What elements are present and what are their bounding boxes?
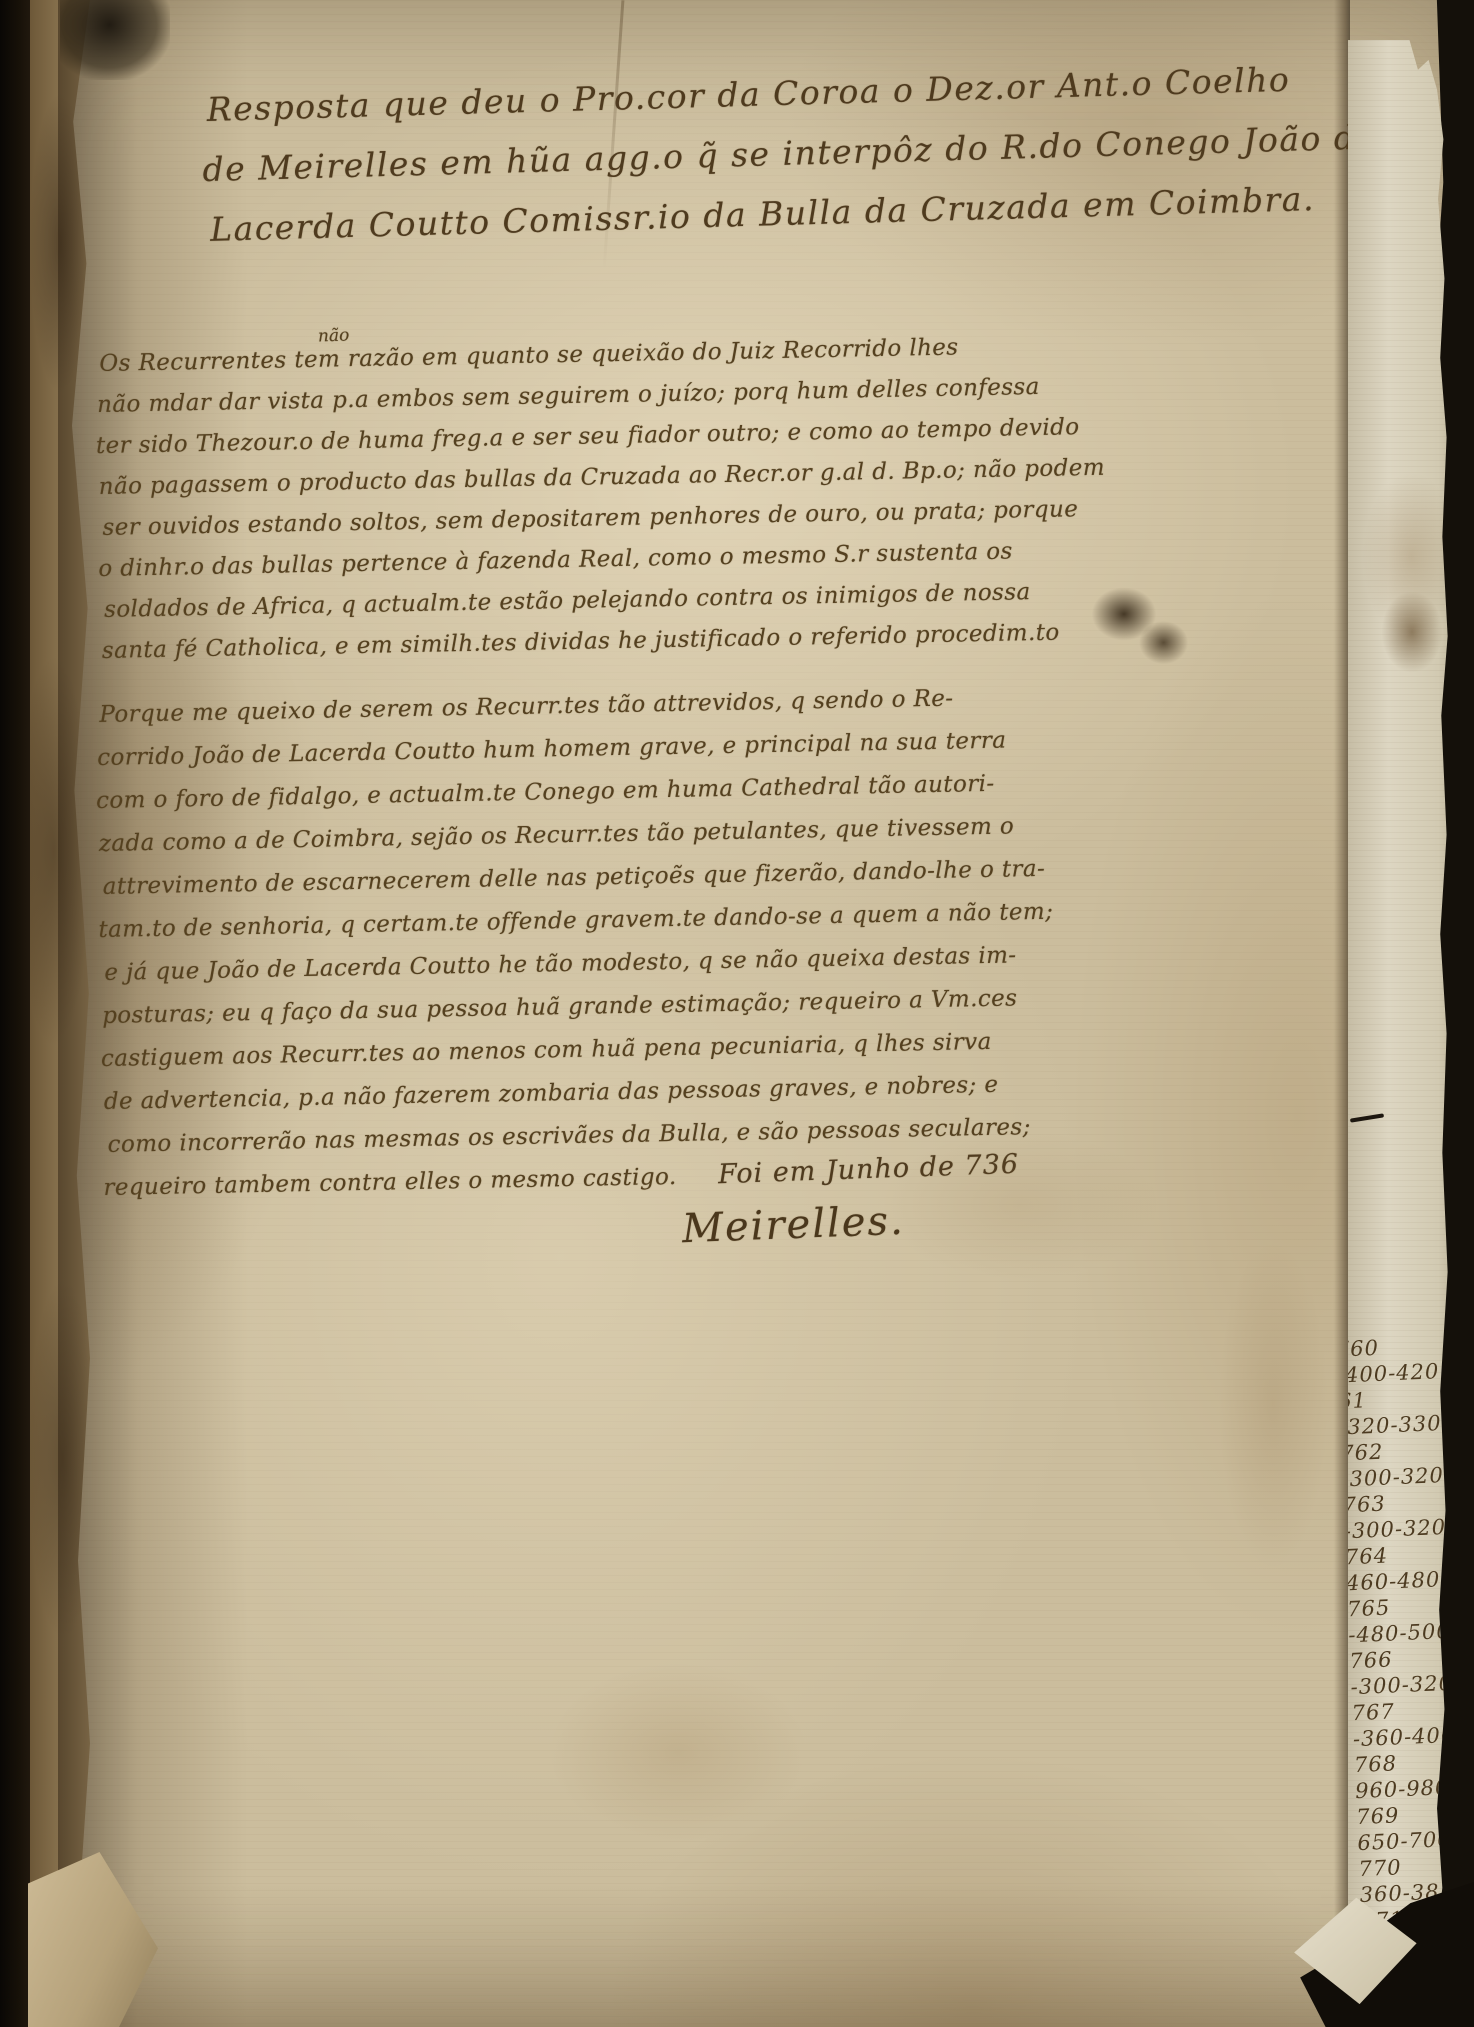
- edge-tick-mark: [1350, 1113, 1384, 1122]
- edge-number: -320-330: [1348, 1410, 1444, 1441]
- edge-number-column: 760-400-42061-320-330762-300-320763-300-…: [1348, 1332, 1454, 2012]
- faint-stain-right: [1218, 1240, 1328, 1570]
- faint-stain-bottom-center: [548, 1662, 808, 1842]
- edge-number: -300-320: [1348, 1514, 1448, 1545]
- signature: Meirelles.: [681, 1198, 905, 1253]
- adjacent-folio-edge-strip: 760-400-42061-320-330762-300-320763-300-…: [1348, 40, 1454, 2027]
- edge-number: -300-320: [1348, 1462, 1446, 1493]
- edge-number: 360-38: [1359, 1878, 1454, 1909]
- edge-number: 770: [1358, 1852, 1454, 1883]
- interlinear-insertion: não: [318, 325, 350, 346]
- paragraph-1: Os Recurrentes tem razão em quanto se qu…: [96, 325, 1109, 672]
- edge-number: -300-320: [1350, 1670, 1454, 1701]
- edge-number: -400-420: [1348, 1358, 1441, 1389]
- paragraph-2: Porque me queixo de serem os Recurr.tes …: [96, 676, 1059, 1210]
- title-block: Resposta que deu o Pro.cor da Coroa o De…: [206, 47, 1380, 260]
- book-binding-edge: [0, 0, 34, 2027]
- page-right-edge: [1334, 0, 1350, 2027]
- manuscript-page: Resposta que deu o Pro.cor da Coroa o De…: [0, 0, 1474, 2027]
- edge-number: -360-400: [1352, 1722, 1454, 1753]
- edge-number: -480-500: [1348, 1618, 1453, 1649]
- edge-number: 460-480: [1348, 1566, 1451, 1597]
